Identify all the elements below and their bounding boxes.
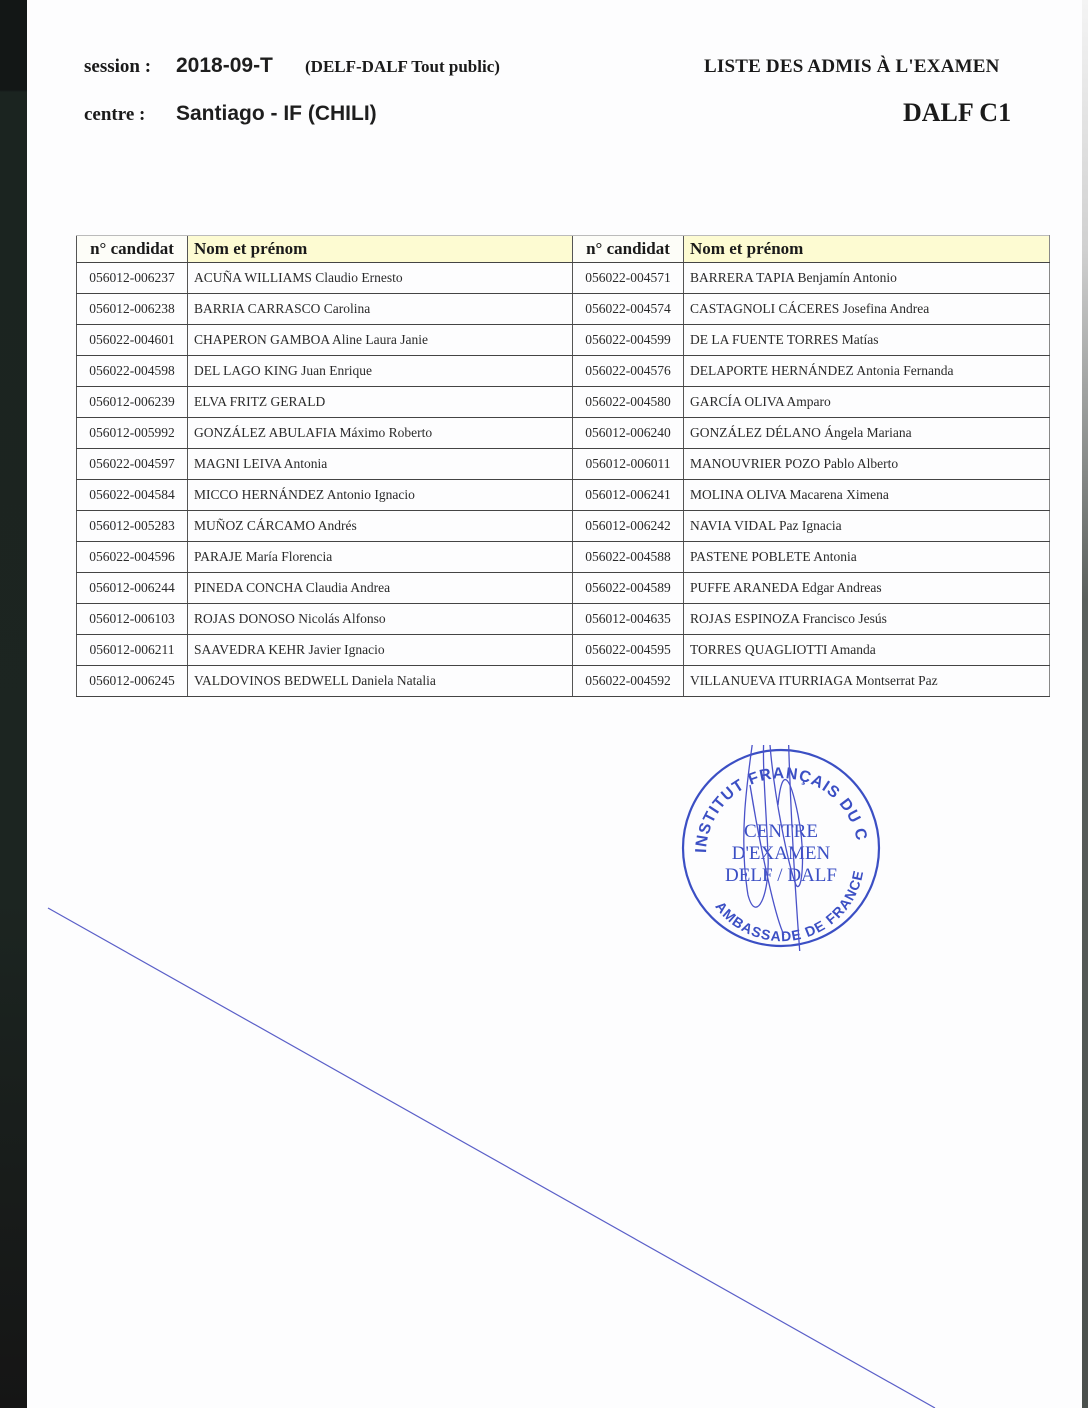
table-row: 056022-004601CHAPERON GAMBOA Aline Laura… [77, 325, 1050, 356]
candidate-name-right: VILLANUEVA ITURRIAGA Montserrat Paz [684, 666, 1050, 697]
candidate-id-left: 056012-006245 [77, 666, 188, 697]
candidate-name-left: BARRIA CARRASCO Carolina [188, 294, 573, 325]
table-row: 056012-006103ROJAS DONOSO Nicolás Alfons… [77, 604, 1050, 635]
candidate-name-right: PUFFE ARANEDA Edgar Andreas [684, 573, 1050, 604]
table-row: 056022-004584MICCO HERNÁNDEZ Antonio Ign… [77, 480, 1050, 511]
candidate-name-left: MAGNI LEIVA Antonia [188, 449, 573, 480]
candidate-id-right: 056012-006241 [573, 480, 684, 511]
candidate-name-right: GARCÍA OLIVA Amparo [684, 387, 1050, 418]
table-row: 056012-006211SAAVEDRA KEHR Javier Ignaci… [77, 635, 1050, 666]
header-name-right: Nom et prénom [684, 236, 1050, 263]
candidate-name-right: DE LA FUENTE TORRES Matías [684, 325, 1050, 356]
candidate-id-left: 056022-004596 [77, 542, 188, 573]
centre-label: centre : [84, 104, 145, 126]
candidate-id-right: 056012-006240 [573, 418, 684, 449]
table-row: 056012-005283MUÑOZ CÁRCAMO Andrés056012-… [77, 511, 1050, 542]
document-page [27, 0, 1082, 1408]
candidate-id-right: 056022-004571 [573, 263, 684, 294]
header-name-left: Nom et prénom [188, 236, 573, 263]
table-row: 056012-005992GONZÁLEZ ABULAFIA Máximo Ro… [77, 418, 1050, 449]
table-row: 056012-006237ACUÑA WILLIAMS Claudio Erne… [77, 263, 1050, 294]
candidate-id-right: 056012-004635 [573, 604, 684, 635]
candidate-id-right: 056022-004576 [573, 356, 684, 387]
header-candidate-no-right: n° candidat [573, 236, 684, 263]
candidate-name-left: SAAVEDRA KEHR Javier Ignacio [188, 635, 573, 666]
candidate-id-right: 056022-004592 [573, 666, 684, 697]
candidate-id-left: 056012-006239 [77, 387, 188, 418]
candidate-id-left: 056012-006238 [77, 294, 188, 325]
table-row: 056022-004597MAGNI LEIVA Antonia056012-0… [77, 449, 1050, 480]
candidate-name-right: ROJAS ESPINOZA Francisco Jesús [684, 604, 1050, 635]
candidate-id-right: 056022-004589 [573, 573, 684, 604]
admitted-candidates-table: n° candidat Nom et prénom n° candidat No… [76, 235, 1050, 697]
table-header-row: n° candidat Nom et prénom n° candidat No… [77, 236, 1050, 263]
candidate-name-right: BARRERA TAPIA Benjamín Antonio [684, 263, 1050, 294]
candidate-id-left: 056022-004584 [77, 480, 188, 511]
candidate-name-left: PARAJE María Florencia [188, 542, 573, 573]
session-value: 2018-09-T [176, 54, 273, 78]
candidate-name-left: ACUÑA WILLIAMS Claudio Ernesto [188, 263, 573, 294]
list-title: LISTE DES ADMIS À L'EXAMEN [704, 56, 1000, 78]
candidate-id-left: 056012-006237 [77, 263, 188, 294]
table-row: 056012-006245VALDOVINOS BEDWELL Daniela … [77, 666, 1050, 697]
candidate-id-left: 056012-006211 [77, 635, 188, 666]
candidate-name-left: VALDOVINOS BEDWELL Daniela Natalia [188, 666, 573, 697]
candidate-name-right: MOLINA OLIVA Macarena Ximena [684, 480, 1050, 511]
candidate-name-right: GONZÁLEZ DÉLANO Ángela Mariana [684, 418, 1050, 449]
candidate-id-right: 056012-006011 [573, 449, 684, 480]
table-body: 056012-006237ACUÑA WILLIAMS Claudio Erne… [77, 263, 1050, 697]
candidate-name-right: CASTAGNOLI CÁCERES Josefina Andrea [684, 294, 1050, 325]
official-stamp: INSTITUT FRANÇAIS DU CHILI AMBASSADE DE … [678, 745, 884, 951]
session-type: (DELF-DALF Tout public) [305, 57, 500, 77]
candidate-name-left: ROJAS DONOSO Nicolás Alfonso [188, 604, 573, 635]
candidate-name-right: DELAPORTE HERNÁNDEZ Antonia Fernanda [684, 356, 1050, 387]
candidate-id-right: 056012-006242 [573, 511, 684, 542]
candidate-id-left: 056012-006103 [77, 604, 188, 635]
candidate-name-left: GONZÁLEZ ABULAFIA Máximo Roberto [188, 418, 573, 449]
candidate-id-left: 056012-006244 [77, 573, 188, 604]
candidate-name-left: DEL LAGO KING Juan Enrique [188, 356, 573, 387]
candidate-id-left: 056022-004601 [77, 325, 188, 356]
table-row: 056012-006239ELVA FRITZ GERALD056022-004… [77, 387, 1050, 418]
table-row: 056022-004596PARAJE María Florencia05602… [77, 542, 1050, 573]
candidate-name-right: PASTENE POBLETE Antonia [684, 542, 1050, 573]
candidate-name-right: TORRES QUAGLIOTTI Amanda [684, 635, 1050, 666]
table-row: 056022-004598DEL LAGO KING Juan Enrique0… [77, 356, 1050, 387]
candidate-id-right: 056022-004574 [573, 294, 684, 325]
header-candidate-no-left: n° candidat [77, 236, 188, 263]
candidate-name-left: MUÑOZ CÁRCAMO Andrés [188, 511, 573, 542]
candidate-id-right: 056022-004588 [573, 542, 684, 573]
stamp-line-2: D'EXAMEN [732, 843, 831, 864]
candidate-id-left: 056012-005992 [77, 418, 188, 449]
candidate-name-left: MICCO HERNÁNDEZ Antonio Ignacio [188, 480, 573, 511]
candidate-name-left: CHAPERON GAMBOA Aline Laura Janie [188, 325, 573, 356]
candidate-name-left: ELVA FRITZ GERALD [188, 387, 573, 418]
candidate-name-right: NAVIA VIDAL Paz Ignacia [684, 511, 1050, 542]
candidate-id-left: 056022-004598 [77, 356, 188, 387]
candidate-id-right: 056022-004595 [573, 635, 684, 666]
exam-level: DALF C1 [903, 98, 1011, 128]
candidate-id-right: 056022-004599 [573, 325, 684, 356]
scan-border-left [0, 0, 27, 1408]
candidate-name-right: MANOUVRIER POZO Pablo Alberto [684, 449, 1050, 480]
scan-border-right [1082, 0, 1088, 1408]
stamp-line-3: DELF / DALF [725, 865, 837, 886]
candidate-name-left: PINEDA CONCHA Claudia Andrea [188, 573, 573, 604]
candidate-id-left: 056012-005283 [77, 511, 188, 542]
table-row: 056012-006238BARRIA CARRASCO Carolina056… [77, 294, 1050, 325]
centre-value: Santiago - IF (CHILI) [176, 102, 377, 126]
session-label: session : [84, 56, 151, 78]
table-row: 056012-006244PINEDA CONCHA Claudia Andre… [77, 573, 1050, 604]
candidate-id-left: 056022-004597 [77, 449, 188, 480]
candidate-id-right: 056022-004580 [573, 387, 684, 418]
